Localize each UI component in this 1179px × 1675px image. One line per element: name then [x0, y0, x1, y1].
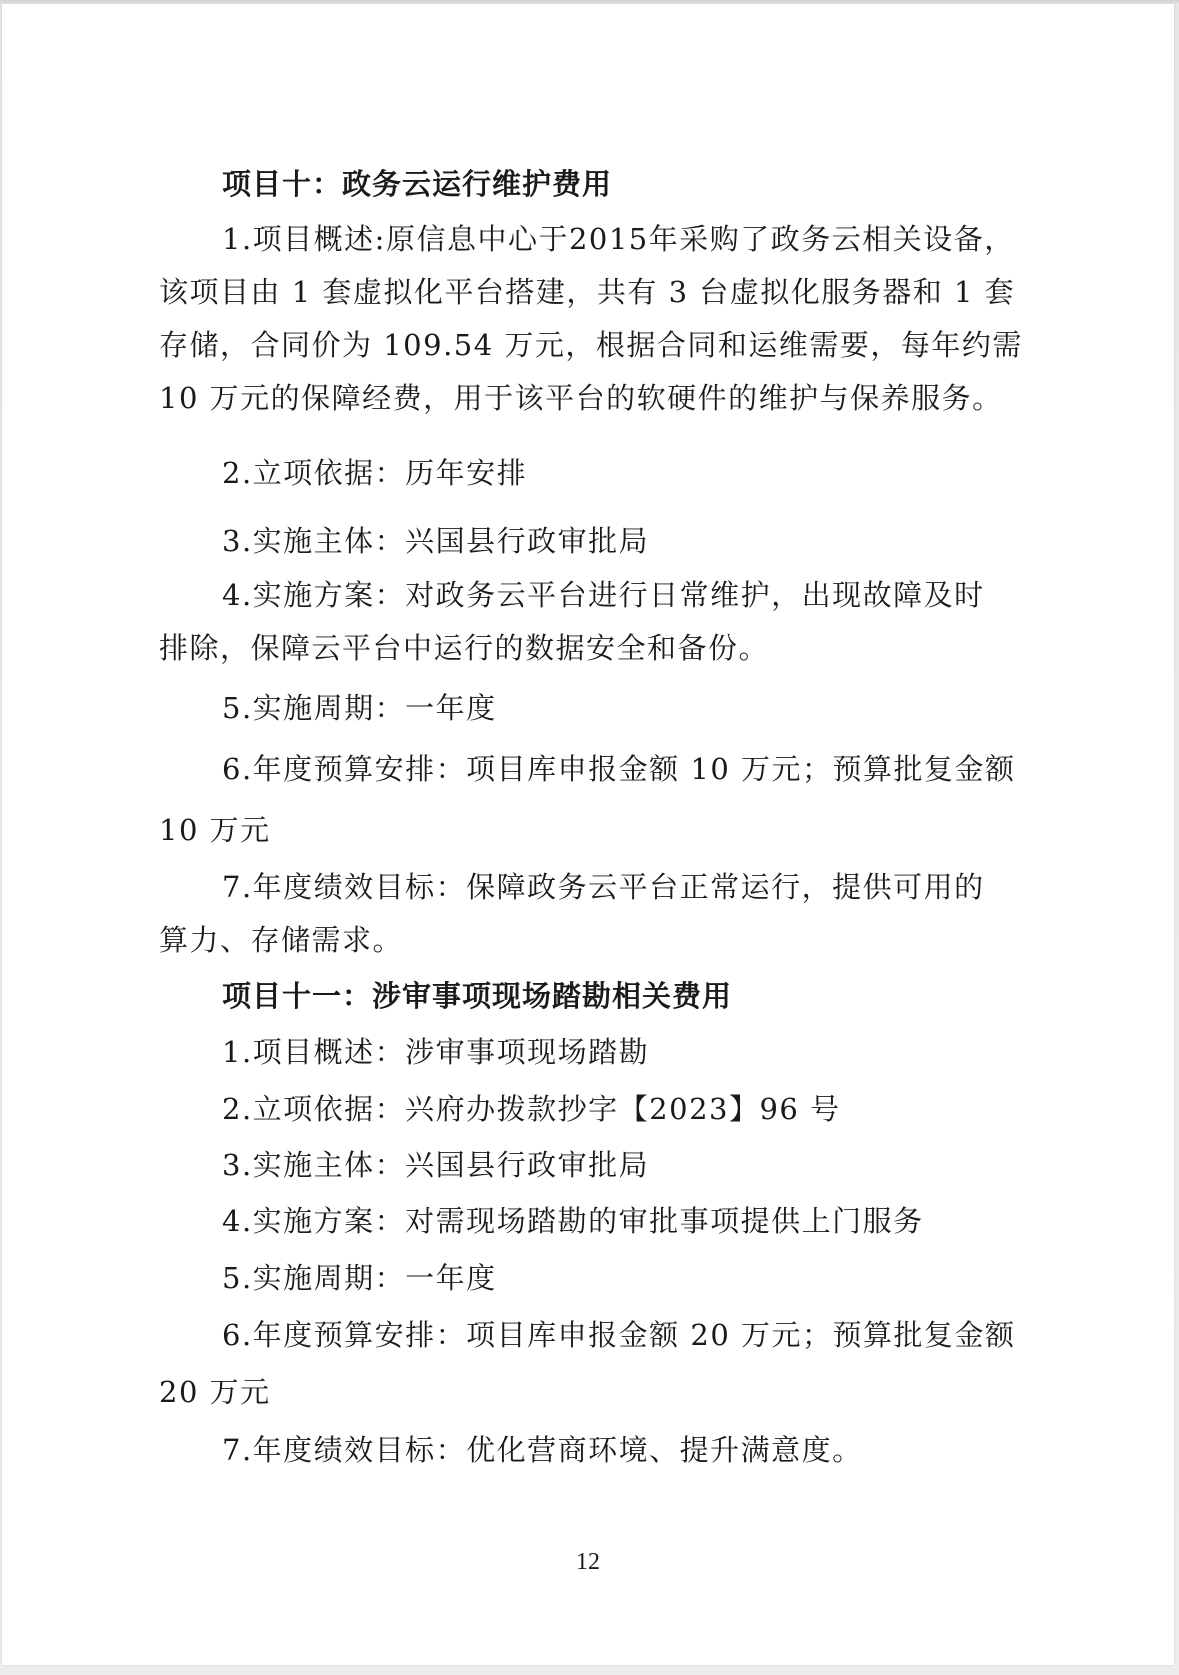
paragraph-line: 3.实施主体：兴国县行政审批局	[222, 1147, 649, 1183]
paragraph-line: 2.立项依据：兴府办拨款抄字【2023】96 号	[222, 1091, 841, 1127]
paragraph-line: 7.年度绩效目标：优化营商环境、提升满意度。	[222, 1432, 863, 1468]
paragraph-line: 20 万元	[159, 1374, 271, 1410]
paragraph-line: 该项目由 1 套虚拟化平台搭建，共有 3 台虚拟化服务器和 1 套	[159, 274, 1015, 310]
paragraph-line: 1.项目概述:原信息中心于2015年采购了政务云相关设备，	[222, 221, 1015, 257]
document-page[interactable]: 项目十：政务云运行维护费用 1.项目概述:原信息中心于2015年采购了政务云相关…	[2, 4, 1174, 1665]
paragraph-line: 4.实施方案：对政务云平台进行日常维护，出现故障及时	[222, 577, 985, 613]
paragraph-line: 6.年度预算安排：项目库申报金额 20 万元；预算批复金额	[222, 1317, 1016, 1353]
paragraph-line: 2.立项依据：历年安排	[222, 455, 527, 491]
paragraph-line: 存储，合同价为 109.54 万元，根据合同和运维需要，每年约需	[159, 327, 1023, 363]
paragraph-line: 3.实施主体：兴国县行政审批局	[222, 523, 649, 559]
section-heading: 项目十一：涉审事项现场踏勘相关费用	[222, 978, 732, 1014]
section-heading: 项目十：政务云运行维护费用	[222, 166, 612, 202]
paragraph-line: 算力、存储需求。	[159, 922, 403, 958]
paragraph-line: 10 万元的保障经费，用于该平台的软硬件的维护与保养服务。	[159, 380, 1003, 416]
paragraph-line: 7.年度绩效目标：保障政务云平台正常运行，提供可用的	[222, 869, 985, 905]
paragraph-line: 5.实施周期：一年度	[222, 690, 497, 726]
paragraph-line: 4.实施方案：对需现场踏勘的审批事项提供上门服务	[222, 1203, 924, 1239]
viewer-background: 项目十：政务云运行维护费用 1.项目概述:原信息中心于2015年采购了政务云相关…	[0, 0, 1179, 1675]
paragraph-line: 排除，保障云平台中运行的数据安全和备份。	[159, 630, 769, 666]
page-number: 12	[2, 1549, 1174, 1576]
paragraph-line: 1.项目概述：涉审事项现场踏勘	[222, 1034, 649, 1070]
paragraph-line: 5.实施周期：一年度	[222, 1260, 497, 1296]
paragraph-line: 10 万元	[159, 812, 271, 848]
paragraph-line: 6.年度预算安排：项目库申报金额 10 万元；预算批复金额	[222, 751, 1016, 787]
